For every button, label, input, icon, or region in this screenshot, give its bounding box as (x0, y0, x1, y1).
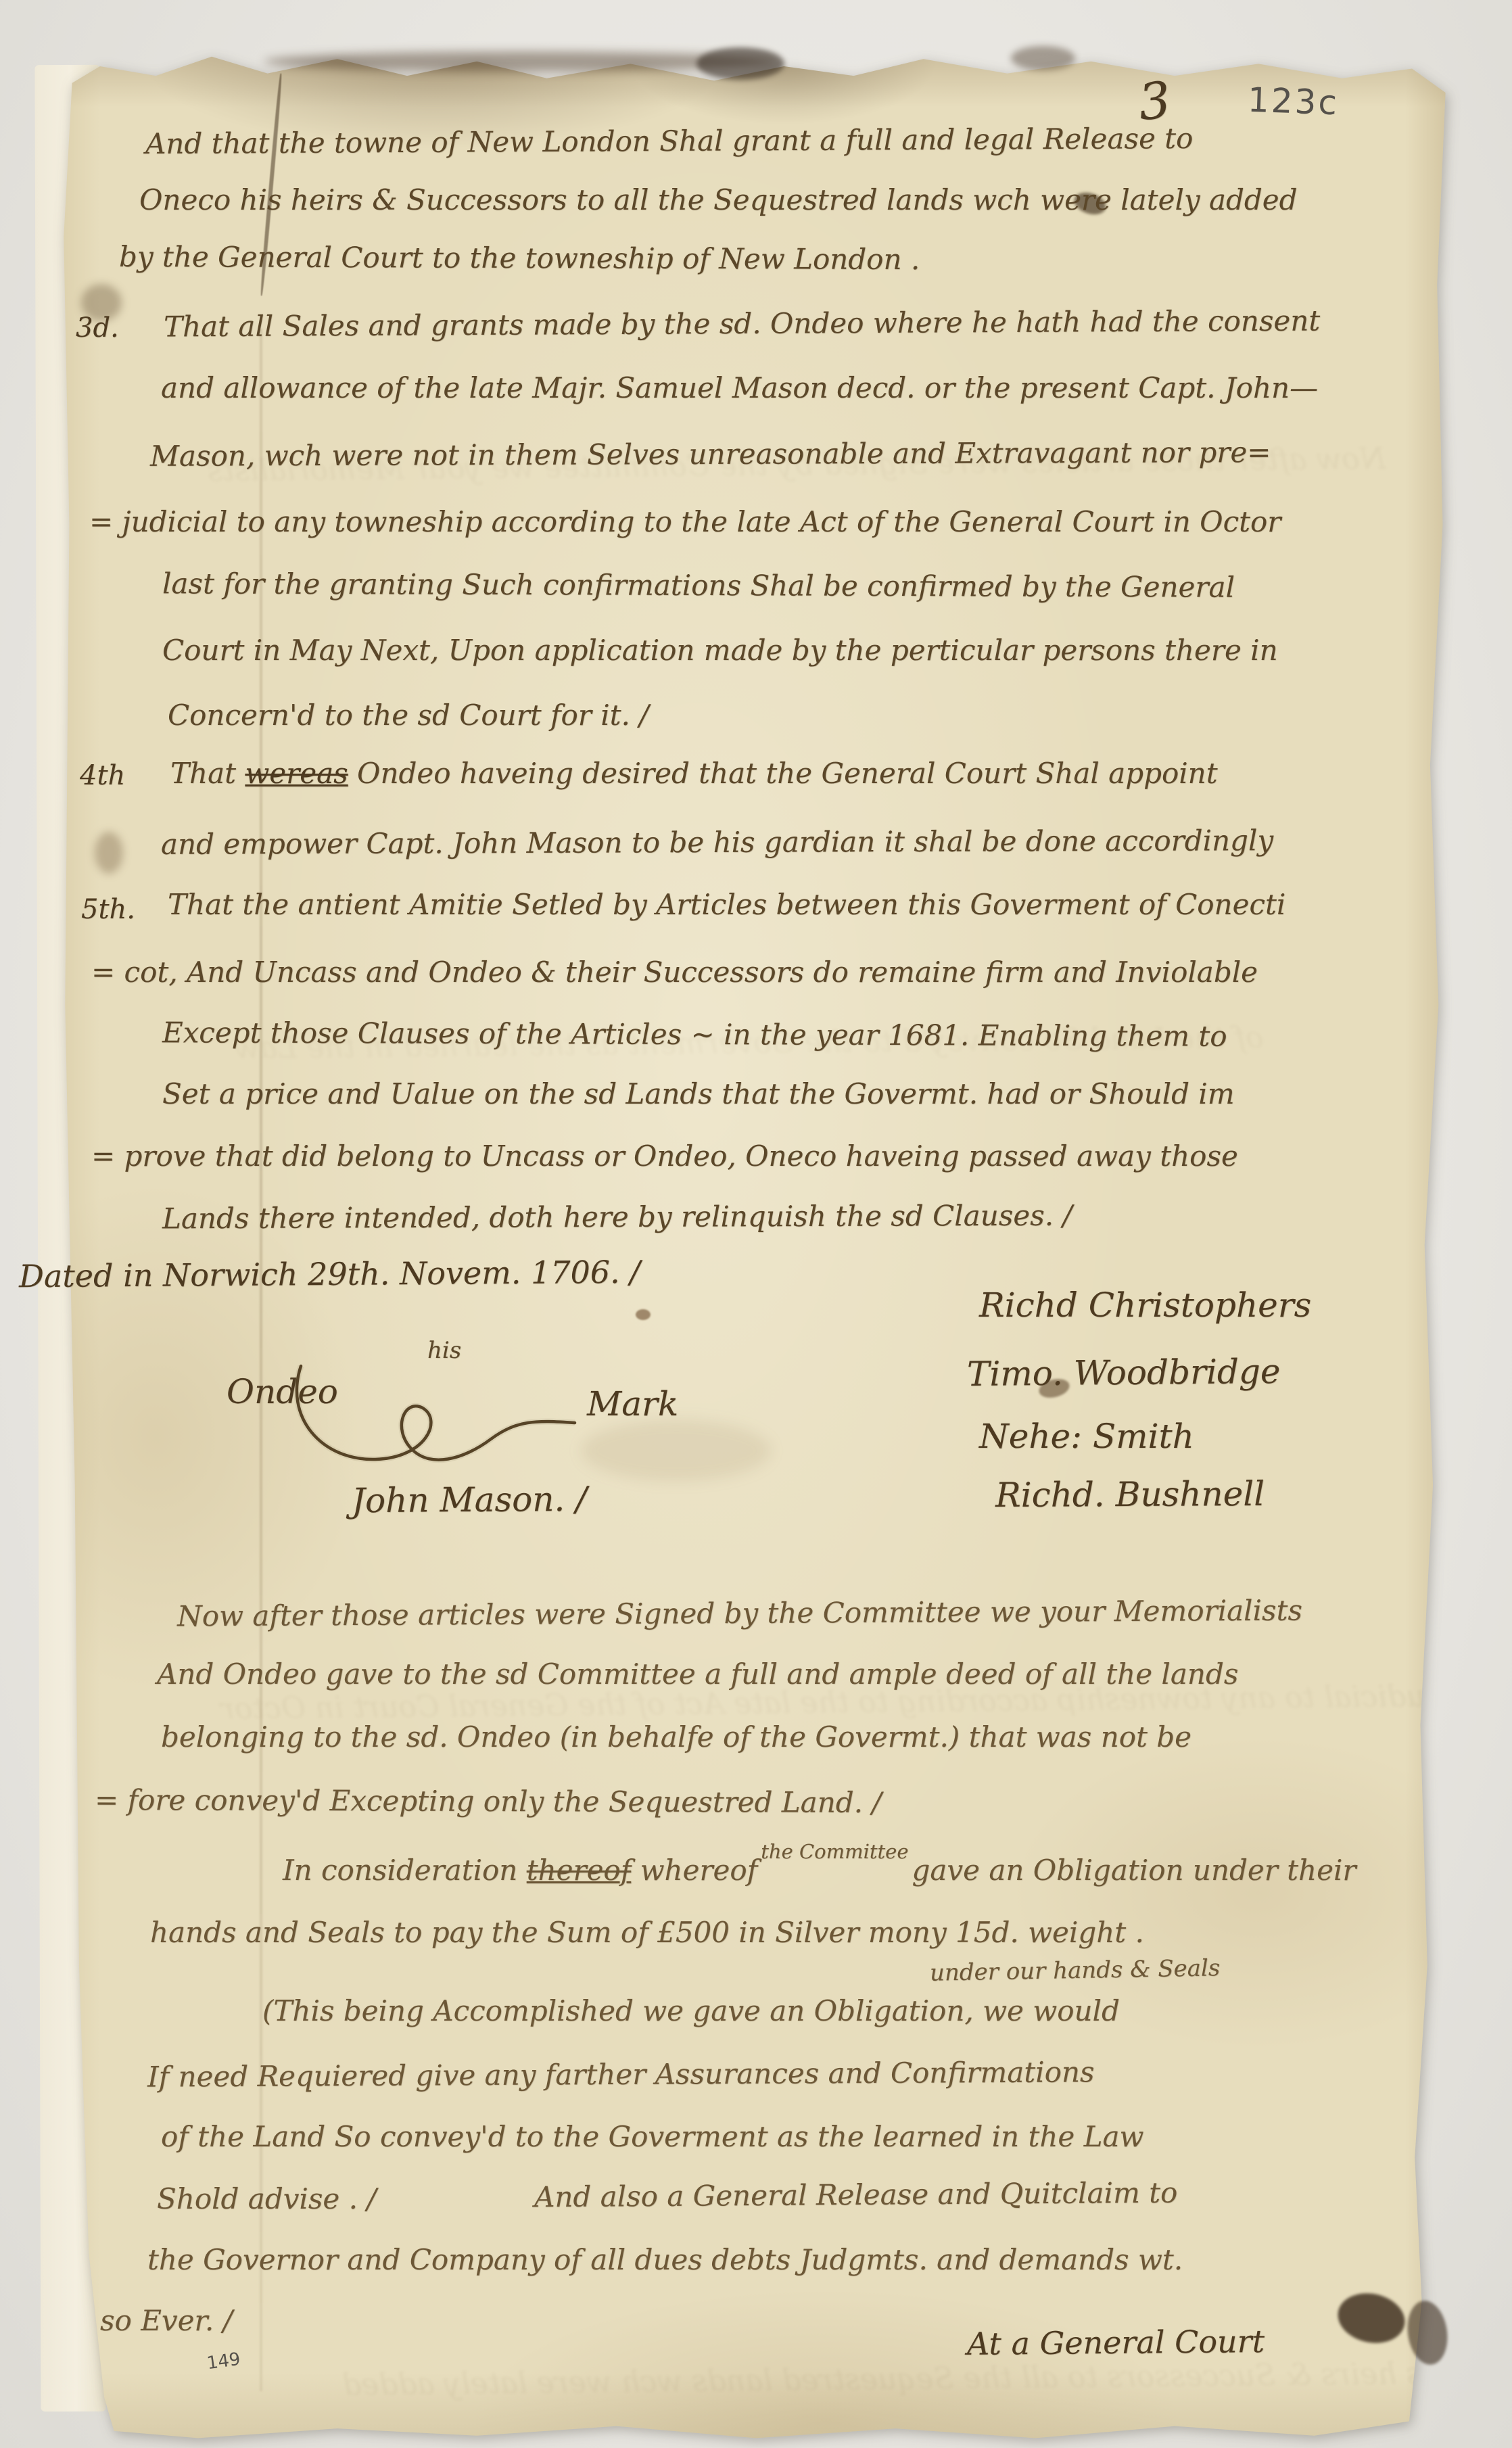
signature-committee: Richd. Bushnell (995, 1475, 1265, 1515)
article-4-marker: 4th (80, 760, 125, 791)
footer-line: At a General Court (967, 2324, 1265, 2362)
manuscript-line: Lands there intended, doth here by relin… (162, 1200, 1072, 1235)
interline-insertion: under our hands & Seals (930, 1955, 1221, 1987)
article-3-marker: 3d. (76, 312, 119, 344)
ink-spot (636, 1309, 651, 1320)
struck-word: thereof (527, 1854, 632, 1887)
text-segment: That (170, 757, 245, 790)
text-segment: In consideration (283, 1854, 527, 1887)
manuscript-line: the Governor and Company of all dues deb… (147, 2244, 1183, 2276)
bleedthrough-text: Oneco his heirs & Successors to all the … (342, 2358, 1512, 2401)
signature-committee: Richd Christophers (979, 1286, 1311, 1325)
ink-page-number: 3 (1136, 72, 1174, 133)
manuscript-line: = prove that did belong to Uncass or Ond… (91, 1140, 1238, 1173)
manuscript-line: If need Requiered give any farther Assur… (147, 2056, 1095, 2094)
text-segment: Ondeo haveing desired that the General C… (348, 757, 1218, 790)
top-edge-stain (1011, 46, 1075, 70)
manuscript-line: Except those Clauses of the Articles ~ i… (162, 1016, 1227, 1053)
catalog-number: 123c (1247, 81, 1340, 123)
manuscript-line: Concern'd to the sd Court for it. / (168, 699, 648, 732)
manuscript-line: and empower Capt. John Mason to be his g… (161, 824, 1273, 861)
signature-mark-label: Mark (587, 1385, 678, 1424)
manuscript-line: so Ever. / (100, 2305, 233, 2337)
manuscript-line: belonging to the sd. Ondeo (in behalfe o… (161, 1721, 1191, 1753)
manuscript-line: And that the towne of New London Shal gr… (145, 122, 1194, 160)
margin-smudge (95, 832, 123, 874)
manuscript-line: Shold advise . / (157, 2183, 376, 2215)
manuscript-line: Oneco his heirs & Successors to all the … (139, 184, 1298, 216)
manuscript-line: Now after those articles were Signed by … (177, 1595, 1302, 1633)
manuscript-line: That all Sales and grants made by the sd… (164, 305, 1320, 344)
struck-word: wereas (245, 757, 348, 790)
manuscript-line: That wereas Ondeo haveing desired that t… (170, 757, 1218, 790)
signature-committee: Timo. Woodbridge (967, 1352, 1281, 1394)
manuscript-line: and allowance of the late Majr. Samuel M… (161, 372, 1318, 404)
interline-insertion: the Committee (761, 1841, 908, 1863)
manuscript-line: In consideration thereof whereofthe Comm… (283, 1854, 1356, 1887)
manuscript-line: (This being Accomplished we gave an Obli… (262, 1995, 1120, 2027)
manuscript-line: = cot, And Uncass and Ondeo & their Succ… (91, 956, 1258, 989)
manuscript-line: by the General Court to the towneship of… (119, 241, 920, 276)
manuscript-line: Mason, wch were not in them Selves unrea… (150, 436, 1271, 473)
article-5-marker: 5th. (81, 894, 135, 925)
dateline: Dated in Norwich 29th. Novem. 1706. / (19, 1254, 640, 1294)
top-edge-stain (696, 47, 784, 80)
manuscript-line: = judicial to any towneship according to… (89, 506, 1281, 538)
manuscript-line: And also a General Release and Quitclaim… (534, 2177, 1178, 2214)
manuscript-line: last for the granting Such confirmations… (162, 567, 1235, 604)
signature-witness: John Mason. / (352, 1480, 587, 1521)
text-segment: gave an Obligation under their (912, 1854, 1356, 1887)
manuscript-line: of the Land So convey'd to the Goverment… (161, 2121, 1143, 2153)
manuscript-line: Set a price and Ualue on the sd Lands th… (162, 1078, 1235, 1110)
manuscript-photo: Now after those articles were Signed by … (0, 0, 1512, 2448)
manuscript-line: = fore convey'd Excepting only the Seque… (95, 1784, 882, 1819)
manuscript-line: hands and Seals to pay the Sum of £500 i… (150, 1916, 1144, 1949)
manuscript-line: That the antient Amitie Setled by Articl… (168, 889, 1285, 921)
text-segment: whereof (631, 1854, 757, 1887)
signature-committee: Nehe: Smith (979, 1417, 1194, 1457)
manuscript-line: Court in May Next, Upon application made… (162, 634, 1278, 667)
manuscript-line: And Ondeo gave to the sd Committee a ful… (157, 1658, 1238, 1691)
